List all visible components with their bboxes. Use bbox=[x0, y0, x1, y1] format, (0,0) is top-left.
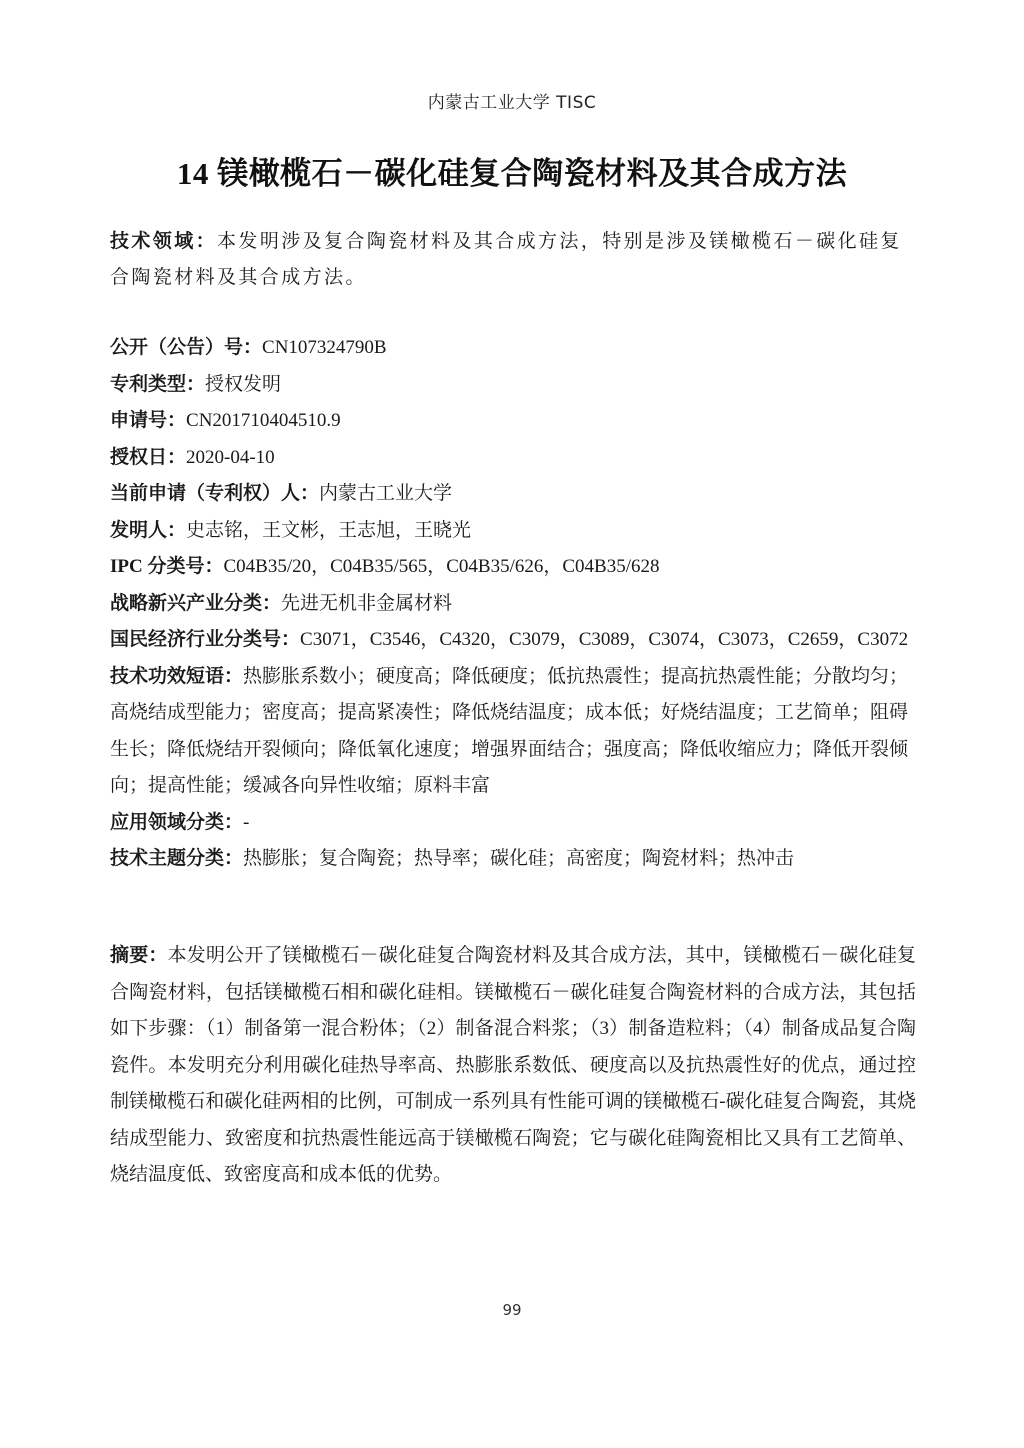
field-value: 史志铭，王文彬，王志旭，王晓光 bbox=[186, 520, 471, 541]
field-label: 公开（公告）号： bbox=[110, 337, 262, 358]
field-value: C04B35/20，C04B35/565，C04B35/626，C04B35/6… bbox=[223, 556, 659, 577]
field-label: 技术主题分类： bbox=[110, 848, 243, 869]
field-strategic-industry: 战略新兴产业分类：先进无机非金属材料 bbox=[110, 586, 916, 623]
field-application-domain: 应用领域分类：- bbox=[110, 805, 916, 842]
field-value: 热膨胀；复合陶瓷；热导率；碳化硅；高密度；陶瓷材料；热冲击 bbox=[243, 848, 794, 869]
field-label: 战略新兴产业分类： bbox=[110, 593, 281, 614]
field-value: - bbox=[243, 812, 249, 833]
abstract-text: 本发明公开了镁橄榄石－碳化硅复合陶瓷材料及其合成方法，其中，镁橄榄石－碳化硅复合… bbox=[110, 945, 916, 1185]
page-number: 99 bbox=[0, 1301, 1024, 1319]
field-value: 内蒙古工业大学 bbox=[319, 483, 452, 504]
field-label: 发明人： bbox=[110, 520, 186, 541]
tech-field-section: 技术领域：本发明涉及复合陶瓷材料及其合成方法，特别是涉及镁橄榄石－碳化硅复合陶瓷… bbox=[110, 224, 916, 296]
field-label: 国民经济行业分类号： bbox=[110, 629, 300, 650]
field-value: 2020-04-10 bbox=[186, 447, 275, 468]
field-tech-effects: 技术功效短语：热膨胀系数小；硬度高；降低硬度；低抗热震性；提高抗热震性能；分散均… bbox=[110, 659, 916, 805]
field-applicant: 当前申请（专利权）人：内蒙古工业大学 bbox=[110, 476, 916, 513]
field-label: 专利类型： bbox=[110, 374, 205, 395]
field-inventors: 发明人：史志铭，王文彬，王志旭，王晓光 bbox=[110, 513, 916, 550]
tech-field-label: 技术领域： bbox=[110, 231, 217, 252]
field-application-number: 申请号：CN201710404510.9 bbox=[110, 403, 916, 440]
abstract-section: 摘要：本发明公开了镁橄榄石－碳化硅复合陶瓷材料及其合成方法，其中，镁橄榄石－碳化… bbox=[110, 938, 916, 1194]
field-publication-number: 公开（公告）号：CN107324790B bbox=[110, 330, 916, 367]
field-label: 授权日： bbox=[110, 447, 186, 468]
tech-field-value: 本发明涉及复合陶瓷材料及其合成方法，特别是涉及镁橄榄石－碳化硅复合陶瓷材料及其合… bbox=[110, 231, 902, 288]
field-label: IPC 分类号： bbox=[110, 556, 223, 577]
field-value: CN201710404510.9 bbox=[186, 410, 341, 431]
field-grant-date: 授权日：2020-04-10 bbox=[110, 440, 916, 477]
document-title: 14 镁橄榄石－碳化硅复合陶瓷材料及其合成方法 bbox=[0, 148, 1024, 193]
field-economic-industry: 国民经济行业分类号：C3071，C3546，C4320，C3079，C3089，… bbox=[110, 622, 916, 659]
field-ipc: IPC 分类号：C04B35/20，C04B35/565，C04B35/626，… bbox=[110, 549, 916, 586]
field-label: 当前申请（专利权）人： bbox=[110, 483, 319, 504]
patent-fields: 公开（公告）号：CN107324790B 专利类型：授权发明 申请号：CN201… bbox=[110, 330, 916, 878]
field-patent-type: 专利类型：授权发明 bbox=[110, 367, 916, 404]
field-value: 先进无机非金属材料 bbox=[281, 593, 452, 614]
field-label: 应用领域分类： bbox=[110, 812, 243, 833]
abstract-label: 摘要： bbox=[110, 945, 168, 966]
field-label: 申请号： bbox=[110, 410, 186, 431]
page-header: 内蒙古工业大学 TISC bbox=[0, 88, 1024, 113]
field-value: C3071，C3546，C4320，C3079，C3089，C3074，C307… bbox=[300, 629, 908, 650]
field-label: 技术功效短语： bbox=[110, 666, 243, 687]
field-value: 授权发明 bbox=[205, 374, 281, 395]
field-value: CN107324790B bbox=[262, 337, 387, 358]
field-tech-topics: 技术主题分类：热膨胀；复合陶瓷；热导率；碳化硅；高密度；陶瓷材料；热冲击 bbox=[110, 841, 916, 878]
